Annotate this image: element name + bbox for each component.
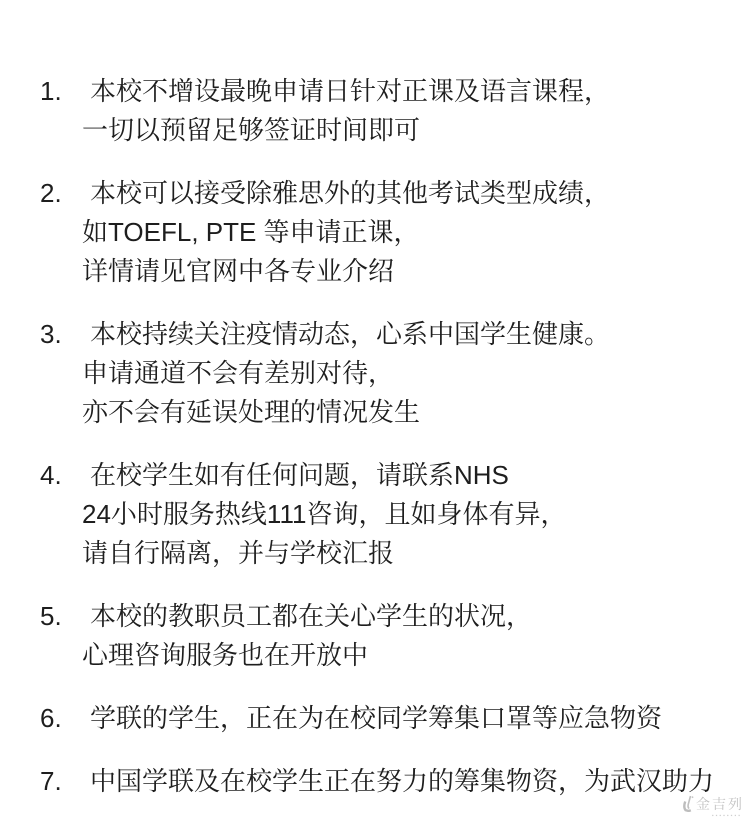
watermark-row: 金吉列 [681, 795, 744, 812]
item-line: 心理咨询服务也在开放中 [82, 636, 732, 675]
watermark-subtext: ▪▪▪▪▪▪▪▪ [681, 813, 744, 819]
item-number: 6. [40, 699, 82, 738]
item-text: 本校可以接受除雅思外的其他考试类型成绩， 如TOEFL, PTE 等申请正课， … [82, 174, 732, 291]
item-line: 详情请见官网中各专业介绍 [82, 252, 732, 291]
watermark-brand: 金吉列 [696, 796, 744, 812]
item-line: 24小时服务热线111咨询，且如身体有异， [82, 495, 732, 534]
list-item: 7. 中国学联及在校学生正在努力的筹集物资，为武汉助力 [40, 762, 732, 801]
list-item: 4. 在校学生如有任何问题，请联系NHS 24小时服务热线111咨询，且如身体有… [40, 456, 732, 573]
item-text: 本校持续关注疫情动态，心系中国学生健康。 申请通道不会有差别对待， 亦不会有延误… [82, 315, 732, 432]
item-line: 一切以预留足够签证时间即可 [82, 111, 732, 150]
item-line: 本校不增设最晚申请日针对正课及语言课程， [82, 72, 732, 111]
item-number: 2. [40, 174, 82, 291]
item-line: 如TOEFL, PTE 等申请正课， [82, 213, 732, 252]
item-number: 1. [40, 72, 82, 150]
item-text: 本校的教职员工都在关心学生的状况， 心理咨询服务也在开放中 [82, 597, 732, 675]
item-line: 本校的教职员工都在关心学生的状况， [82, 597, 732, 636]
item-line: 中国学联及在校学生正在努力的筹集物资，为武汉助力 [82, 762, 732, 801]
item-number: 3. [40, 315, 82, 432]
list-item: 6. 学联的学生，正在为在校同学筹集口罩等应急物资 [40, 699, 732, 738]
jinjilie-logo-icon [681, 795, 694, 812]
item-number: 5. [40, 597, 82, 675]
item-line: 请自行隔离，并与学校汇报 [82, 534, 732, 573]
item-text: 学联的学生，正在为在校同学筹集口罩等应急物资 [82, 699, 732, 738]
item-number: 4. [40, 456, 82, 573]
item-line: 学联的学生，正在为在校同学筹集口罩等应急物资 [82, 699, 732, 738]
item-text: 在校学生如有任何问题，请联系NHS 24小时服务热线111咨询，且如身体有异， … [82, 456, 732, 573]
announcement-list: 1. 本校不增设最晚申请日针对正课及语言课程， 一切以预留足够签证时间即可 2.… [0, 0, 750, 801]
watermark: 金吉列 ▪▪▪▪▪▪▪▪ [681, 795, 744, 819]
list-item: 2. 本校可以接受除雅思外的其他考试类型成绩， 如TOEFL, PTE 等申请正… [40, 174, 732, 291]
item-line: 在校学生如有任何问题，请联系NHS [82, 456, 732, 495]
list-item: 5. 本校的教职员工都在关心学生的状况， 心理咨询服务也在开放中 [40, 597, 732, 675]
item-line: 本校可以接受除雅思外的其他考试类型成绩， [82, 174, 732, 213]
list-item: 1. 本校不增设最晚申请日针对正课及语言课程， 一切以预留足够签证时间即可 [40, 72, 732, 150]
item-line: 申请通道不会有差别对待， [82, 354, 732, 393]
item-text: 中国学联及在校学生正在努力的筹集物资，为武汉助力 [82, 762, 732, 801]
item-text: 本校不增设最晚申请日针对正课及语言课程， 一切以预留足够签证时间即可 [82, 72, 732, 150]
list-item: 3. 本校持续关注疫情动态，心系中国学生健康。 申请通道不会有差别对待， 亦不会… [40, 315, 732, 432]
item-line: 亦不会有延误处理的情况发生 [82, 393, 732, 432]
item-line: 本校持续关注疫情动态，心系中国学生健康。 [82, 315, 732, 354]
item-number: 7. [40, 762, 82, 801]
